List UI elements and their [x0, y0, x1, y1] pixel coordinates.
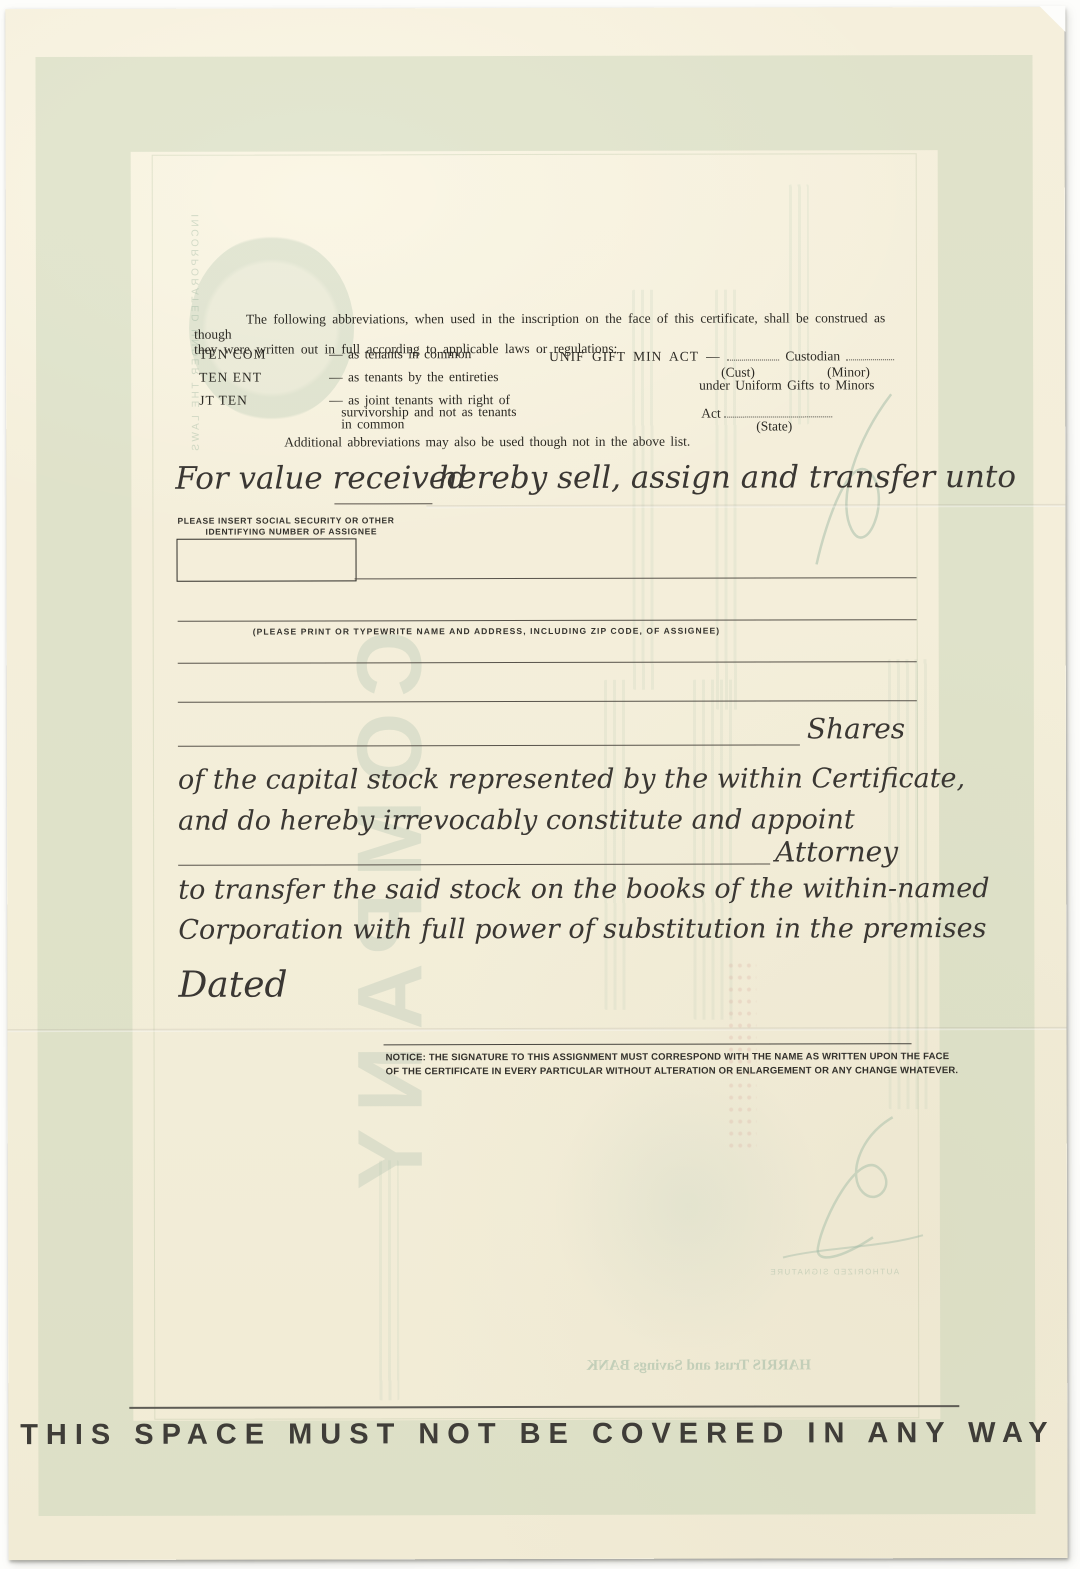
notice-line-2: OF THE CERTIFICATE IN EVERY PARTICULAR W… [386, 1064, 959, 1079]
abbr-ten-ent-meaning: — as tenants by the entireties [329, 369, 498, 385]
ugma-leader-2 [847, 349, 895, 360]
assignee-id-box [176, 538, 356, 581]
ugma-act-leader [724, 406, 832, 417]
ssn-label-line1: PLEASE INSERT SOCIAL SECURITY OR OTHER [177, 515, 394, 525]
assignee-caption: (PLEASE PRINT OR TYPEWRITE NAME AND ADDR… [253, 626, 721, 637]
shares-label: Shares [807, 712, 905, 745]
certificate-back-sheet: COMPANY INCORPORATED UNDER THE LAWS AUTH… [5, 7, 1067, 1560]
ugma-row: UNIF GIFT MIN ACT — Custodian [549, 348, 894, 365]
authorized-signature-ghost-text: AUTHORIZED SIGNATURE [769, 1267, 899, 1276]
assignor-blank-line [334, 503, 432, 504]
script-line-2: and do hereby irrevocably constitute and… [178, 804, 855, 836]
for-value-received: For value received [175, 460, 467, 497]
abbr-jt-ten-meaning-3: in common [341, 416, 404, 432]
bank-imprint-ghost-text: HARRIS Trust and Savings BANK [586, 1357, 811, 1373]
script-line-1: of the capital stock represented by the … [178, 763, 965, 796]
abbr-jt-ten: JT TEN [199, 393, 248, 409]
abbreviations-intro-line1: The following abbreviations, when used i… [194, 310, 908, 341]
paper-corner-dogear [1039, 6, 1065, 32]
signature-ghost [763, 1107, 933, 1282]
abbr-additional-note: Additional abbreviations may also be use… [284, 434, 690, 451]
authorized-signature-ghost: AUTHORIZED SIGNATURE [749, 1267, 919, 1276]
ugma-act: Act [701, 406, 721, 421]
footer-banner-text: THIS SPACE MUST NOT BE COVERED IN ANY WA… [8, 1417, 1067, 1452]
ghost-text-column [379, 1160, 400, 1400]
ghost-text-column [604, 680, 631, 1010]
attorney-label: Attorney [775, 835, 898, 868]
ugma-under: under Uniform Gifts to Minors [699, 377, 874, 393]
abbr-ten-ent: TEN ENT [199, 370, 262, 386]
ugma-custodian: Custodian [785, 348, 840, 363]
script-line-4: Corporation with full power of substitut… [178, 913, 986, 946]
ugma-label: UNIF GIFT MIN ACT — [549, 349, 721, 364]
script-line-3: to transfer the said stock on the books … [178, 873, 989, 906]
abbr-ten-com-meaning: — as tenants in common [329, 346, 471, 362]
ssn-label-line2: IDENTIFYING NUMBER OF ASSIGNEE [205, 526, 377, 536]
ugma-state: (State) [756, 418, 792, 434]
abbr-ten-com: TEN COM [199, 347, 266, 363]
notice-line-1: NOTICE: THE SIGNATURE TO THIS ASSIGNMENT… [386, 1050, 959, 1065]
notice-text: NOTICE: THE SIGNATURE TO THIS ASSIGNMENT… [386, 1050, 959, 1078]
sell-assign-transfer: hereby sell, assign and transfer unto [438, 459, 1016, 496]
bank-imprint-ghost: HARRIS Trust and Savings BANK [531, 1357, 866, 1375]
dated-label: Dated [178, 965, 287, 1006]
ugma-leader-1 [727, 349, 779, 360]
